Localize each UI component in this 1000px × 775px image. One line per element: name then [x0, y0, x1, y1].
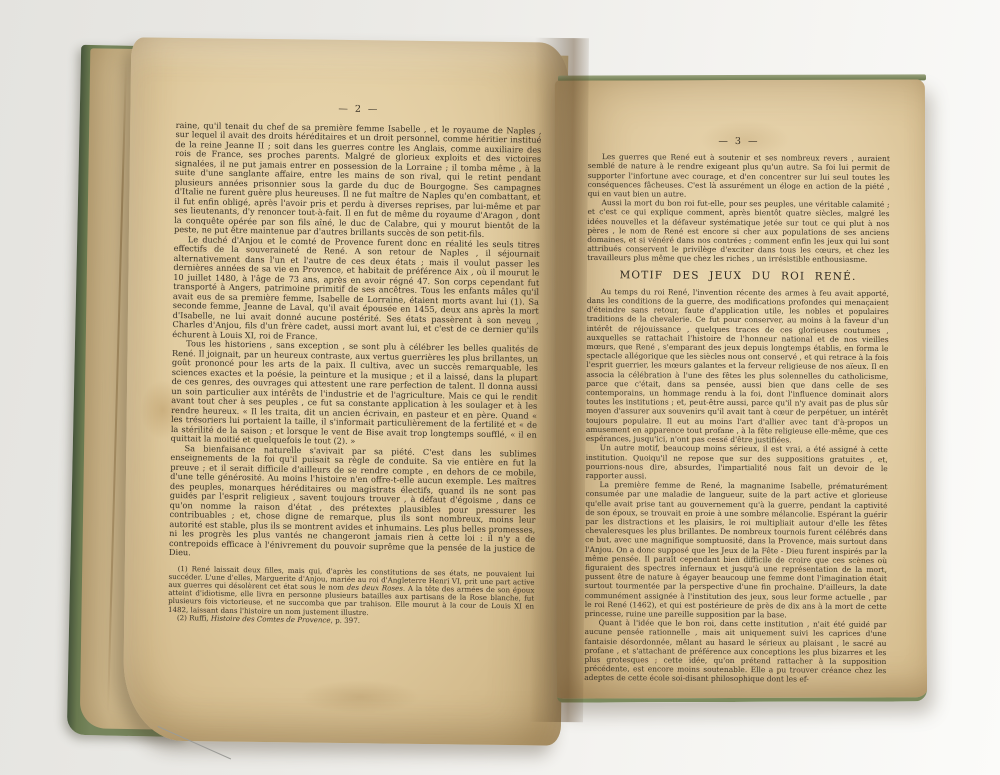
section-heading: MOTIF DES JEUX DU ROI RENÉ.	[587, 271, 889, 282]
paragraph: Sa bienfaisance naturelle s'avivait par …	[169, 443, 537, 563]
paragraph: Aussi la mort du bon roi fut-elle, pour …	[587, 198, 889, 265]
footnotes: (1) René laissait deux filles, mais qui,…	[168, 564, 535, 627]
book-photograph: — 2 — raine, qu'il tenait du chef de sa …	[0, 0, 1000, 775]
footnote-text: (2) Ruffi,	[177, 613, 211, 623]
paragraph: Le duché d'Anjou et le comté de Provence…	[172, 234, 540, 344]
left-page-text: — 2 — raine, qu'il tenait du chef de sa …	[167, 102, 542, 674]
paragraph: Les guerres que René eut à soutenir et s…	[588, 152, 890, 200]
paragraph: La première femme de René, la magnanime …	[585, 480, 888, 620]
footnote-italic: Histoire des Comtes de Provence	[211, 613, 331, 624]
paragraph: Tous les historiens , sans exception , s…	[171, 339, 539, 449]
paragraph: Quant à l'idée que le bon roi, dans cett…	[584, 618, 886, 685]
right-page-text: — 3 — Les guerres que René eut à souteni…	[584, 136, 890, 694]
paragraph: Au temps du roi René, l'invention récent…	[586, 287, 889, 446]
footnote: (1) René laissait deux filles, mais qui,…	[168, 564, 535, 619]
footnote-text: , p. 397.	[331, 615, 360, 624]
page-number-right: — 3 —	[588, 136, 890, 147]
paragraph: Un autre motif, beaucoup moins sérieux, …	[586, 443, 888, 482]
paragraph: raine, qu'il tenait du chef de sa premiè…	[174, 120, 542, 240]
